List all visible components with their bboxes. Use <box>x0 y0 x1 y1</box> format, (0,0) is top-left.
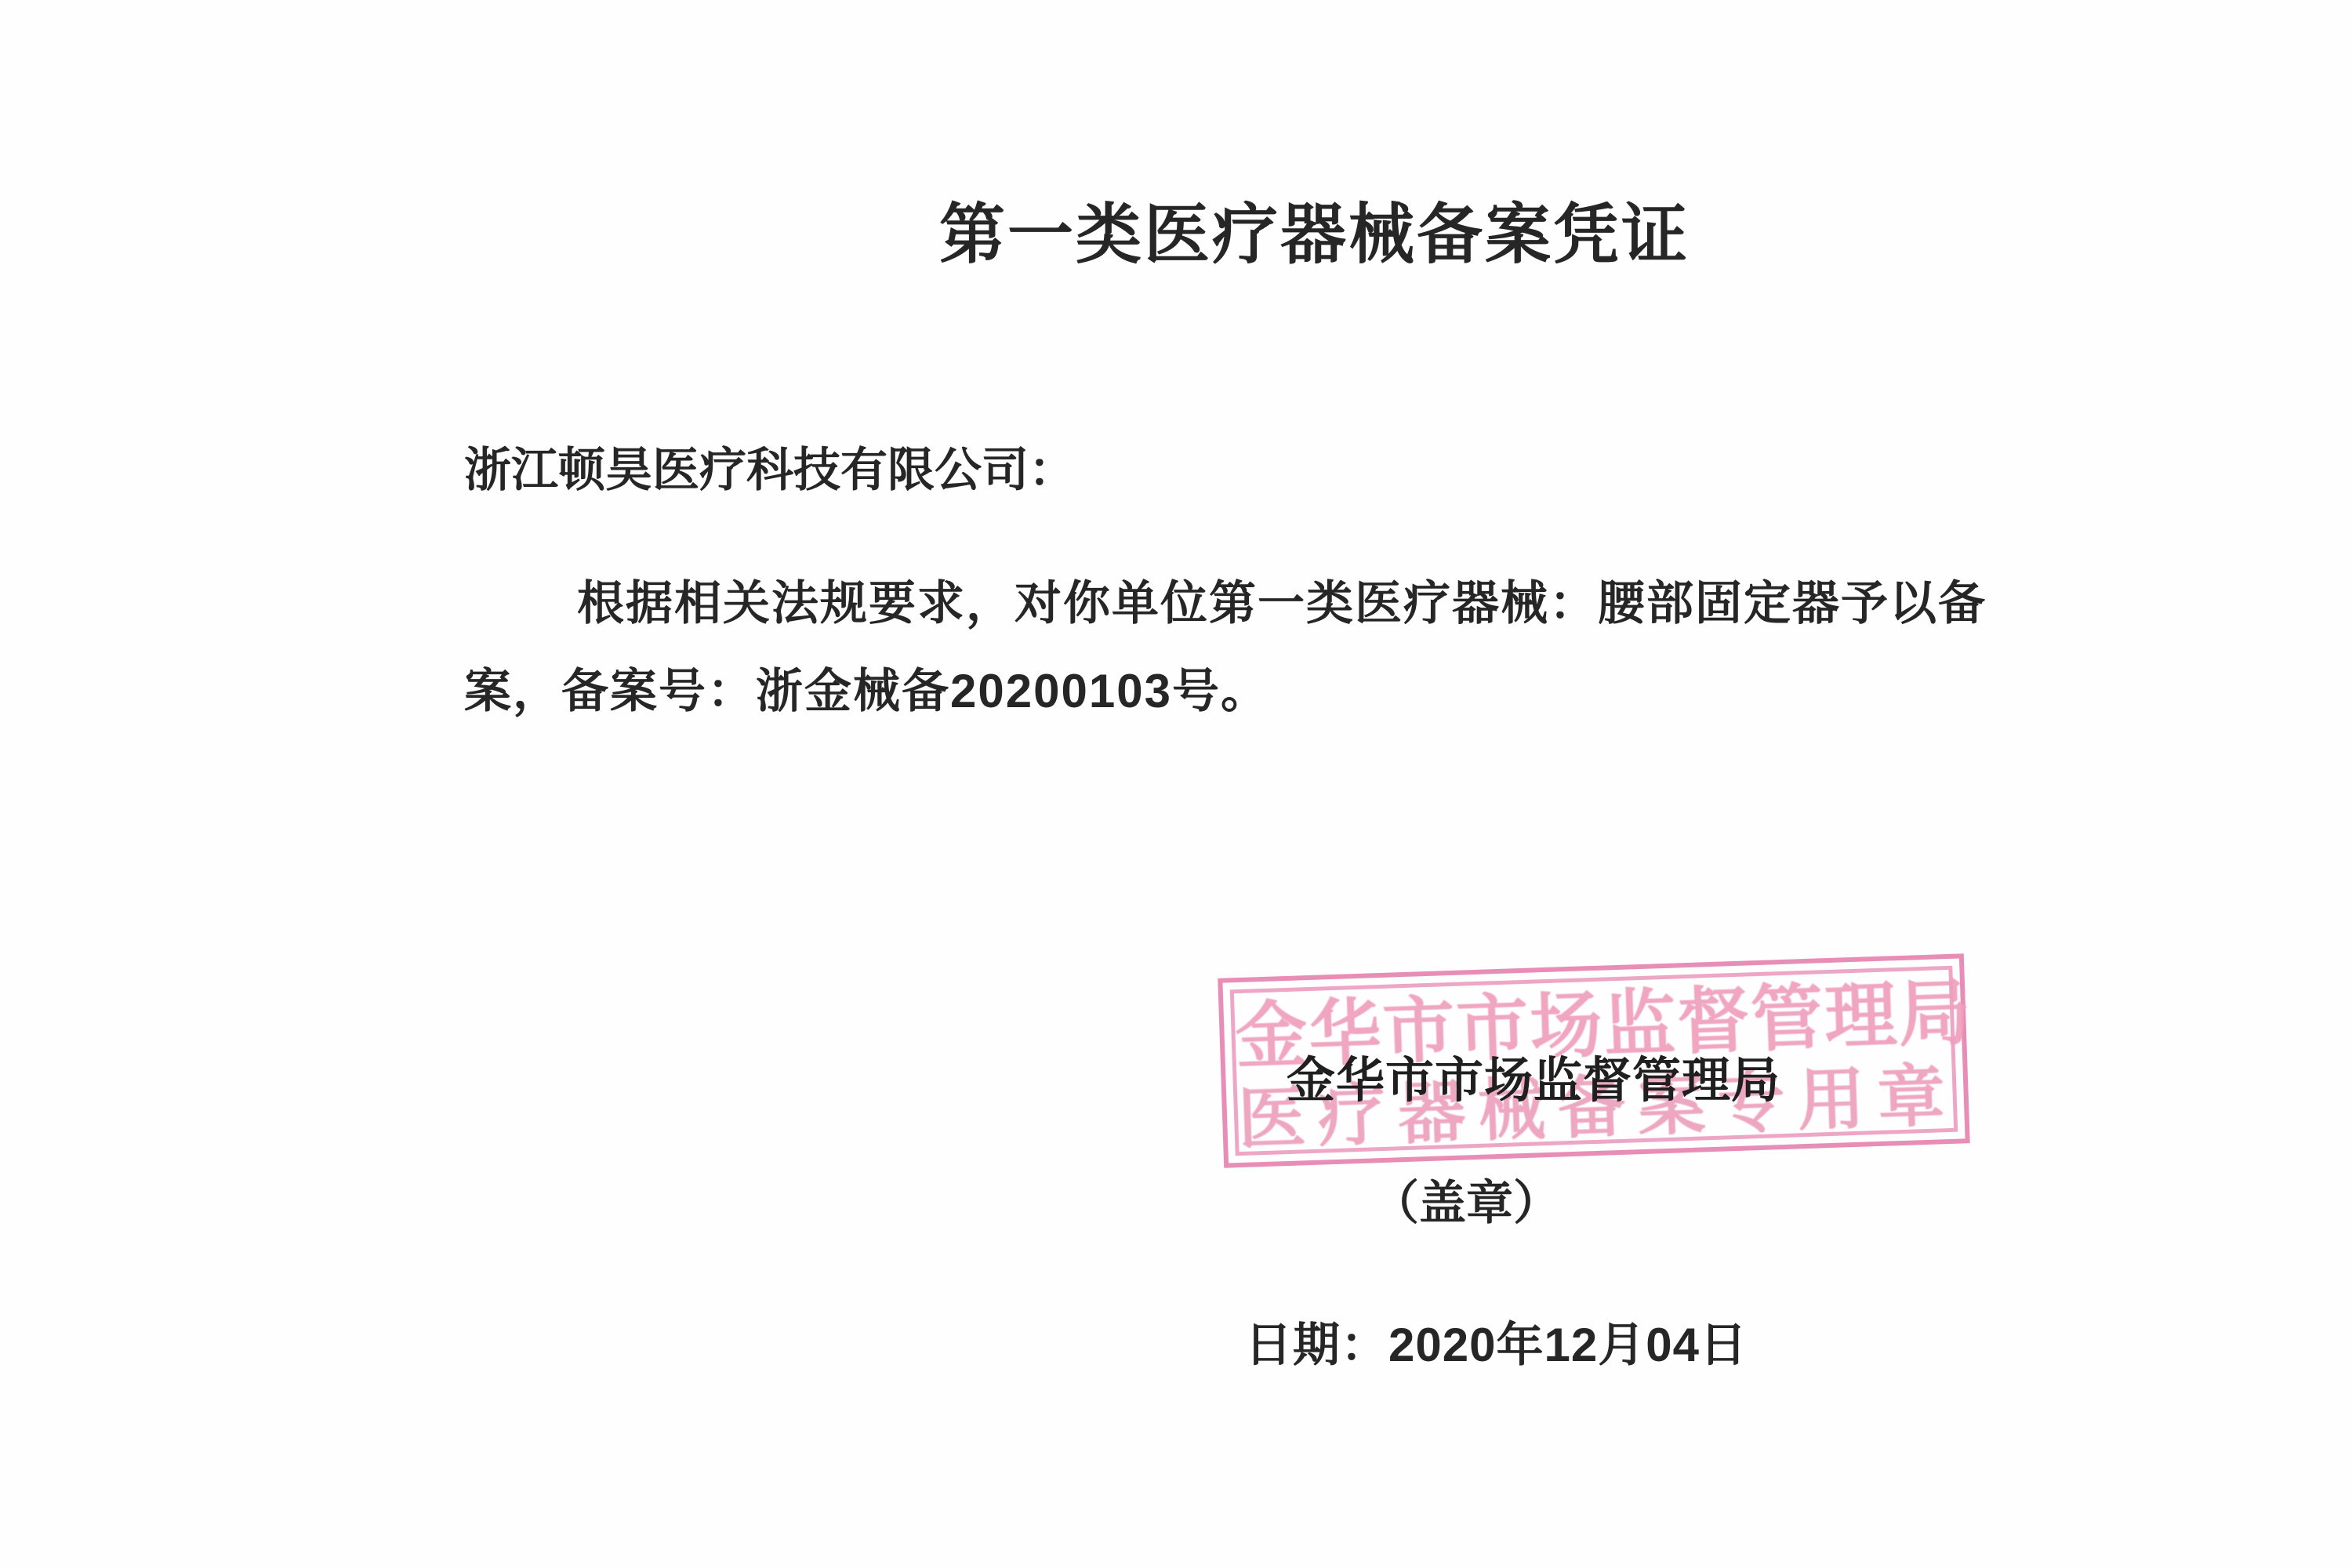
body-text-line-1: 根据相关法规要求，对你单位第一类医疗器械：腰部固定器予以备 <box>577 566 1987 633</box>
issuer-name: 金华市市场监督管理局 <box>1287 1041 1780 1111</box>
recipient-company-line: 浙江顿昊医疗科技有限公司： <box>464 433 1076 500</box>
certificate-title: 第一类医疗器械备案凭证 <box>939 182 1690 277</box>
seal-here-note: （盖章） <box>1372 1166 1560 1233</box>
body-text-line-2: 案，备案号：浙金械备20200103号。 <box>464 654 1269 721</box>
certificate-page: 第一类医疗器械备案凭证 浙江顿昊医疗科技有限公司： 根据相关法规要求，对你单位第… <box>0 0 2352 1568</box>
issue-date: 日期：2020年12月04日 <box>1245 1308 1748 1375</box>
